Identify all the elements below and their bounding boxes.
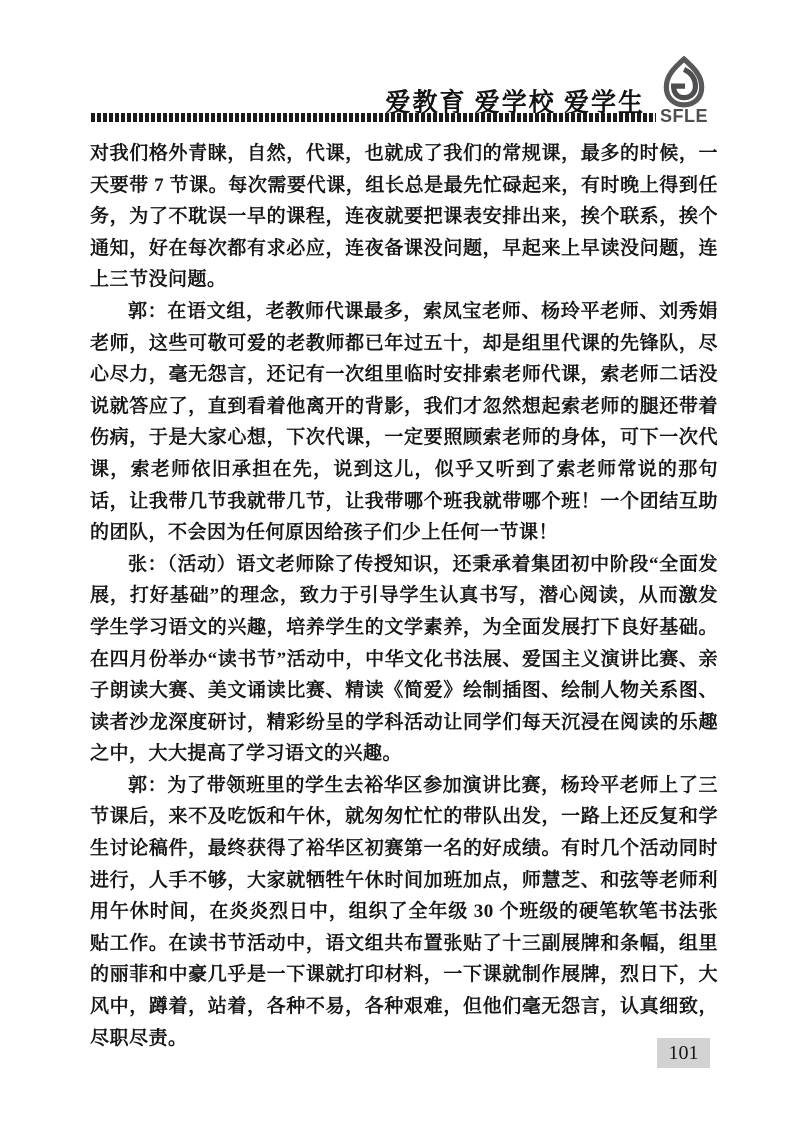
paragraph-continuation: 对我们格外青睐，自然，代课，也就成了我们的常规课，最多的时候，一天要带 7 节课… [90,138,718,296]
header-divider-line [91,113,656,122]
sfle-logo-text: SFLE [655,107,713,125]
book-page: 爱教育 爱学校 爱学生 SFLE 对我们格外青睐，自然，代课，也就成了我们的常规… [0,0,803,1134]
paragraph-guo-2: 郭：为了带领班里的学生去裕华区参加演讲比赛，杨玲平老师上了三节课后，来不及吃饭和… [90,770,718,1054]
page-body: 对我们格外青睐，自然，代课，也就成了我们的常规课，最多的时候，一天要带 7 节课… [90,138,718,1054]
sfle-logo: SFLE [655,56,713,125]
paragraph-guo-1: 郭：在语文组，老教师代课最多，索凤宝老师、杨玲平老师、刘秀娟老师，这些可敬可爱的… [90,296,718,549]
sfle-drop-g-logo-icon [659,56,709,108]
page-number-badge: 101 [657,1038,710,1068]
paragraph-zhang: 张：（活动）语文老师除了传授知识，还秉承着集团初中阶段“全面发展，打好基础”的理… [90,549,718,770]
